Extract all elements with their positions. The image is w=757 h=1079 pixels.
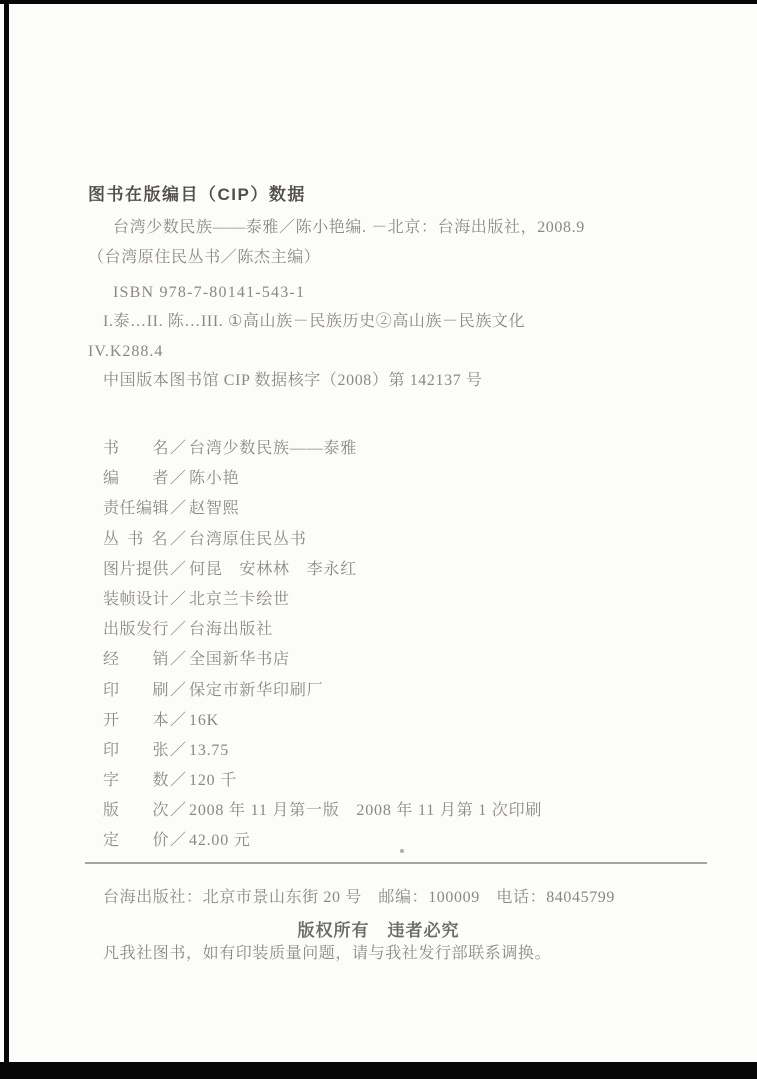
book-copyright-page: 图书在版编目（CIP）数据 台湾少数民族——泰雅／陈小艳编. －北京：台海出版社… <box>0 0 757 1079</box>
colophon-row-printing: 印 刷／保定市新华印刷厂 <box>103 676 723 706</box>
colophon-value: 台湾原住民丛书 <box>189 531 307 548</box>
colophon-value: 全国新华书店 <box>189 651 290 668</box>
colophon-row-book-title: 书 名／台湾少数民族——泰雅 <box>103 434 723 464</box>
colophon-value: 2008 年 11 月第一版 2008 年 11 月第 1 次印刷 <box>189 802 542 819</box>
colophon-row-publisher: 出版发行／台海出版社 <box>103 615 723 645</box>
label-value-separator: ／ <box>168 651 189 668</box>
colophon-value: 保定市新华印刷厂 <box>189 682 323 699</box>
label-value-separator: ／ <box>168 591 189 608</box>
colophon-value: 北京兰卡绘世 <box>189 591 290 608</box>
colophon-row-sheets: 印 张／13.75 <box>103 736 723 766</box>
colophon-label: 经 销 <box>103 645 168 675</box>
cip-class-number-line: IV.K288.4 <box>88 342 163 362</box>
colophon-label: 出版发行 <box>103 615 168 645</box>
label-value-separator: ／ <box>168 470 189 487</box>
colophon-label: 责任编辑 <box>103 494 168 524</box>
colophon-label: 定 价 <box>103 826 168 856</box>
colophon-value: 赵智熙 <box>189 500 239 517</box>
cip-isbn-line: ISBN 978-7-80141-543-1 <box>113 283 305 303</box>
colophon-label: 字 数 <box>103 766 168 796</box>
label-value-separator: ／ <box>168 802 189 819</box>
label-value-separator: ／ <box>168 440 189 457</box>
colophon-row-series-name: 丛 书 名／台湾原住民丛书 <box>103 525 723 555</box>
footer-divider-rule <box>85 862 707 864</box>
colophon-list: 书 名／台湾少数民族——泰雅 编 者／陈小艳 责任编辑／赵智熙 丛 书 名／台湾… <box>103 434 723 857</box>
colophon-value: 16K <box>189 712 219 729</box>
colophon-value: 13.75 <box>189 742 229 759</box>
colophon-row-word-count: 字 数／120 千 <box>103 766 723 796</box>
label-value-separator: ／ <box>168 621 189 638</box>
colophon-row-photo-credits: 图片提供／何昆 安林林 李永红 <box>103 555 723 585</box>
cip-title-line: 台湾少数民族——泰雅／陈小艳编. －北京：台海出版社，2008.9 <box>113 218 585 238</box>
copyright-notice: 版权所有 违者必究 <box>0 916 757 941</box>
colophon-label: 开 本 <box>103 706 168 736</box>
cip-header: 图书在版编目（CIP）数据 <box>88 180 306 205</box>
label-value-separator: ／ <box>168 742 189 759</box>
label-value-separator: ／ <box>168 561 189 578</box>
quality-exchange-notice: 凡我社图书，如有印装质量问题，请与我社发行部联系调换。 <box>103 944 551 964</box>
cip-series-line: （台湾原住民丛书／陈杰主编） <box>88 248 320 268</box>
colophon-label: 图片提供 <box>103 555 168 585</box>
colophon-value: 何昆 安林林 李永红 <box>189 561 357 578</box>
colophon-row-responsible-editor: 责任编辑／赵智熙 <box>103 494 723 524</box>
colophon-label: 版 次 <box>103 796 168 826</box>
colophon-value: 42.00 元 <box>189 832 251 849</box>
publisher-address-line: 台海出版社：北京市景山东街 20 号 邮编：100009 电话：84045799 <box>103 888 615 908</box>
colophon-row-editor: 编 者／陈小艳 <box>103 464 723 494</box>
scan-edge-top <box>0 0 757 4</box>
colophon-label: 装帧设计 <box>103 585 168 615</box>
colophon-label: 印 刷 <box>103 676 168 706</box>
colophon-value: 陈小艳 <box>189 470 239 487</box>
label-value-separator: ／ <box>168 682 189 699</box>
label-value-separator: ／ <box>168 772 189 789</box>
label-value-separator: ／ <box>168 712 189 729</box>
colophon-label: 书 名 <box>103 434 168 464</box>
label-value-separator: ／ <box>168 832 189 849</box>
label-value-separator: ／ <box>168 500 189 517</box>
colophon-label: 编 者 <box>103 464 168 494</box>
scan-speck <box>400 849 404 853</box>
colophon-value: 120 千 <box>189 772 237 789</box>
colophon-row-edition: 版 次／2008 年 11 月第一版 2008 年 11 月第 1 次印刷 <box>103 796 723 826</box>
colophon-row-price: 定 价／42.00 元 <box>103 826 723 856</box>
cip-classification-line: I.泰…II. 陈…III. ①高山族－民族历史②高山族－民族文化 <box>103 312 525 332</box>
colophon-value: 台海出版社 <box>189 621 273 638</box>
scan-edge-bottom <box>0 1062 757 1079</box>
colophon-value: 台湾少数民族——泰雅 <box>189 440 357 457</box>
colophon-label: 丛 书 名 <box>103 525 168 555</box>
label-value-separator: ／ <box>168 531 189 548</box>
colophon-row-design: 装帧设计／北京兰卡绘世 <box>103 585 723 615</box>
colophon-row-format: 开 本／16K <box>103 706 723 736</box>
colophon-label: 印 张 <box>103 736 168 766</box>
cip-record-number-line: 中国版本图书馆 CIP 数据核字（2008）第 142137 号 <box>103 371 483 391</box>
colophon-row-distribution: 经 销／全国新华书店 <box>103 645 723 675</box>
